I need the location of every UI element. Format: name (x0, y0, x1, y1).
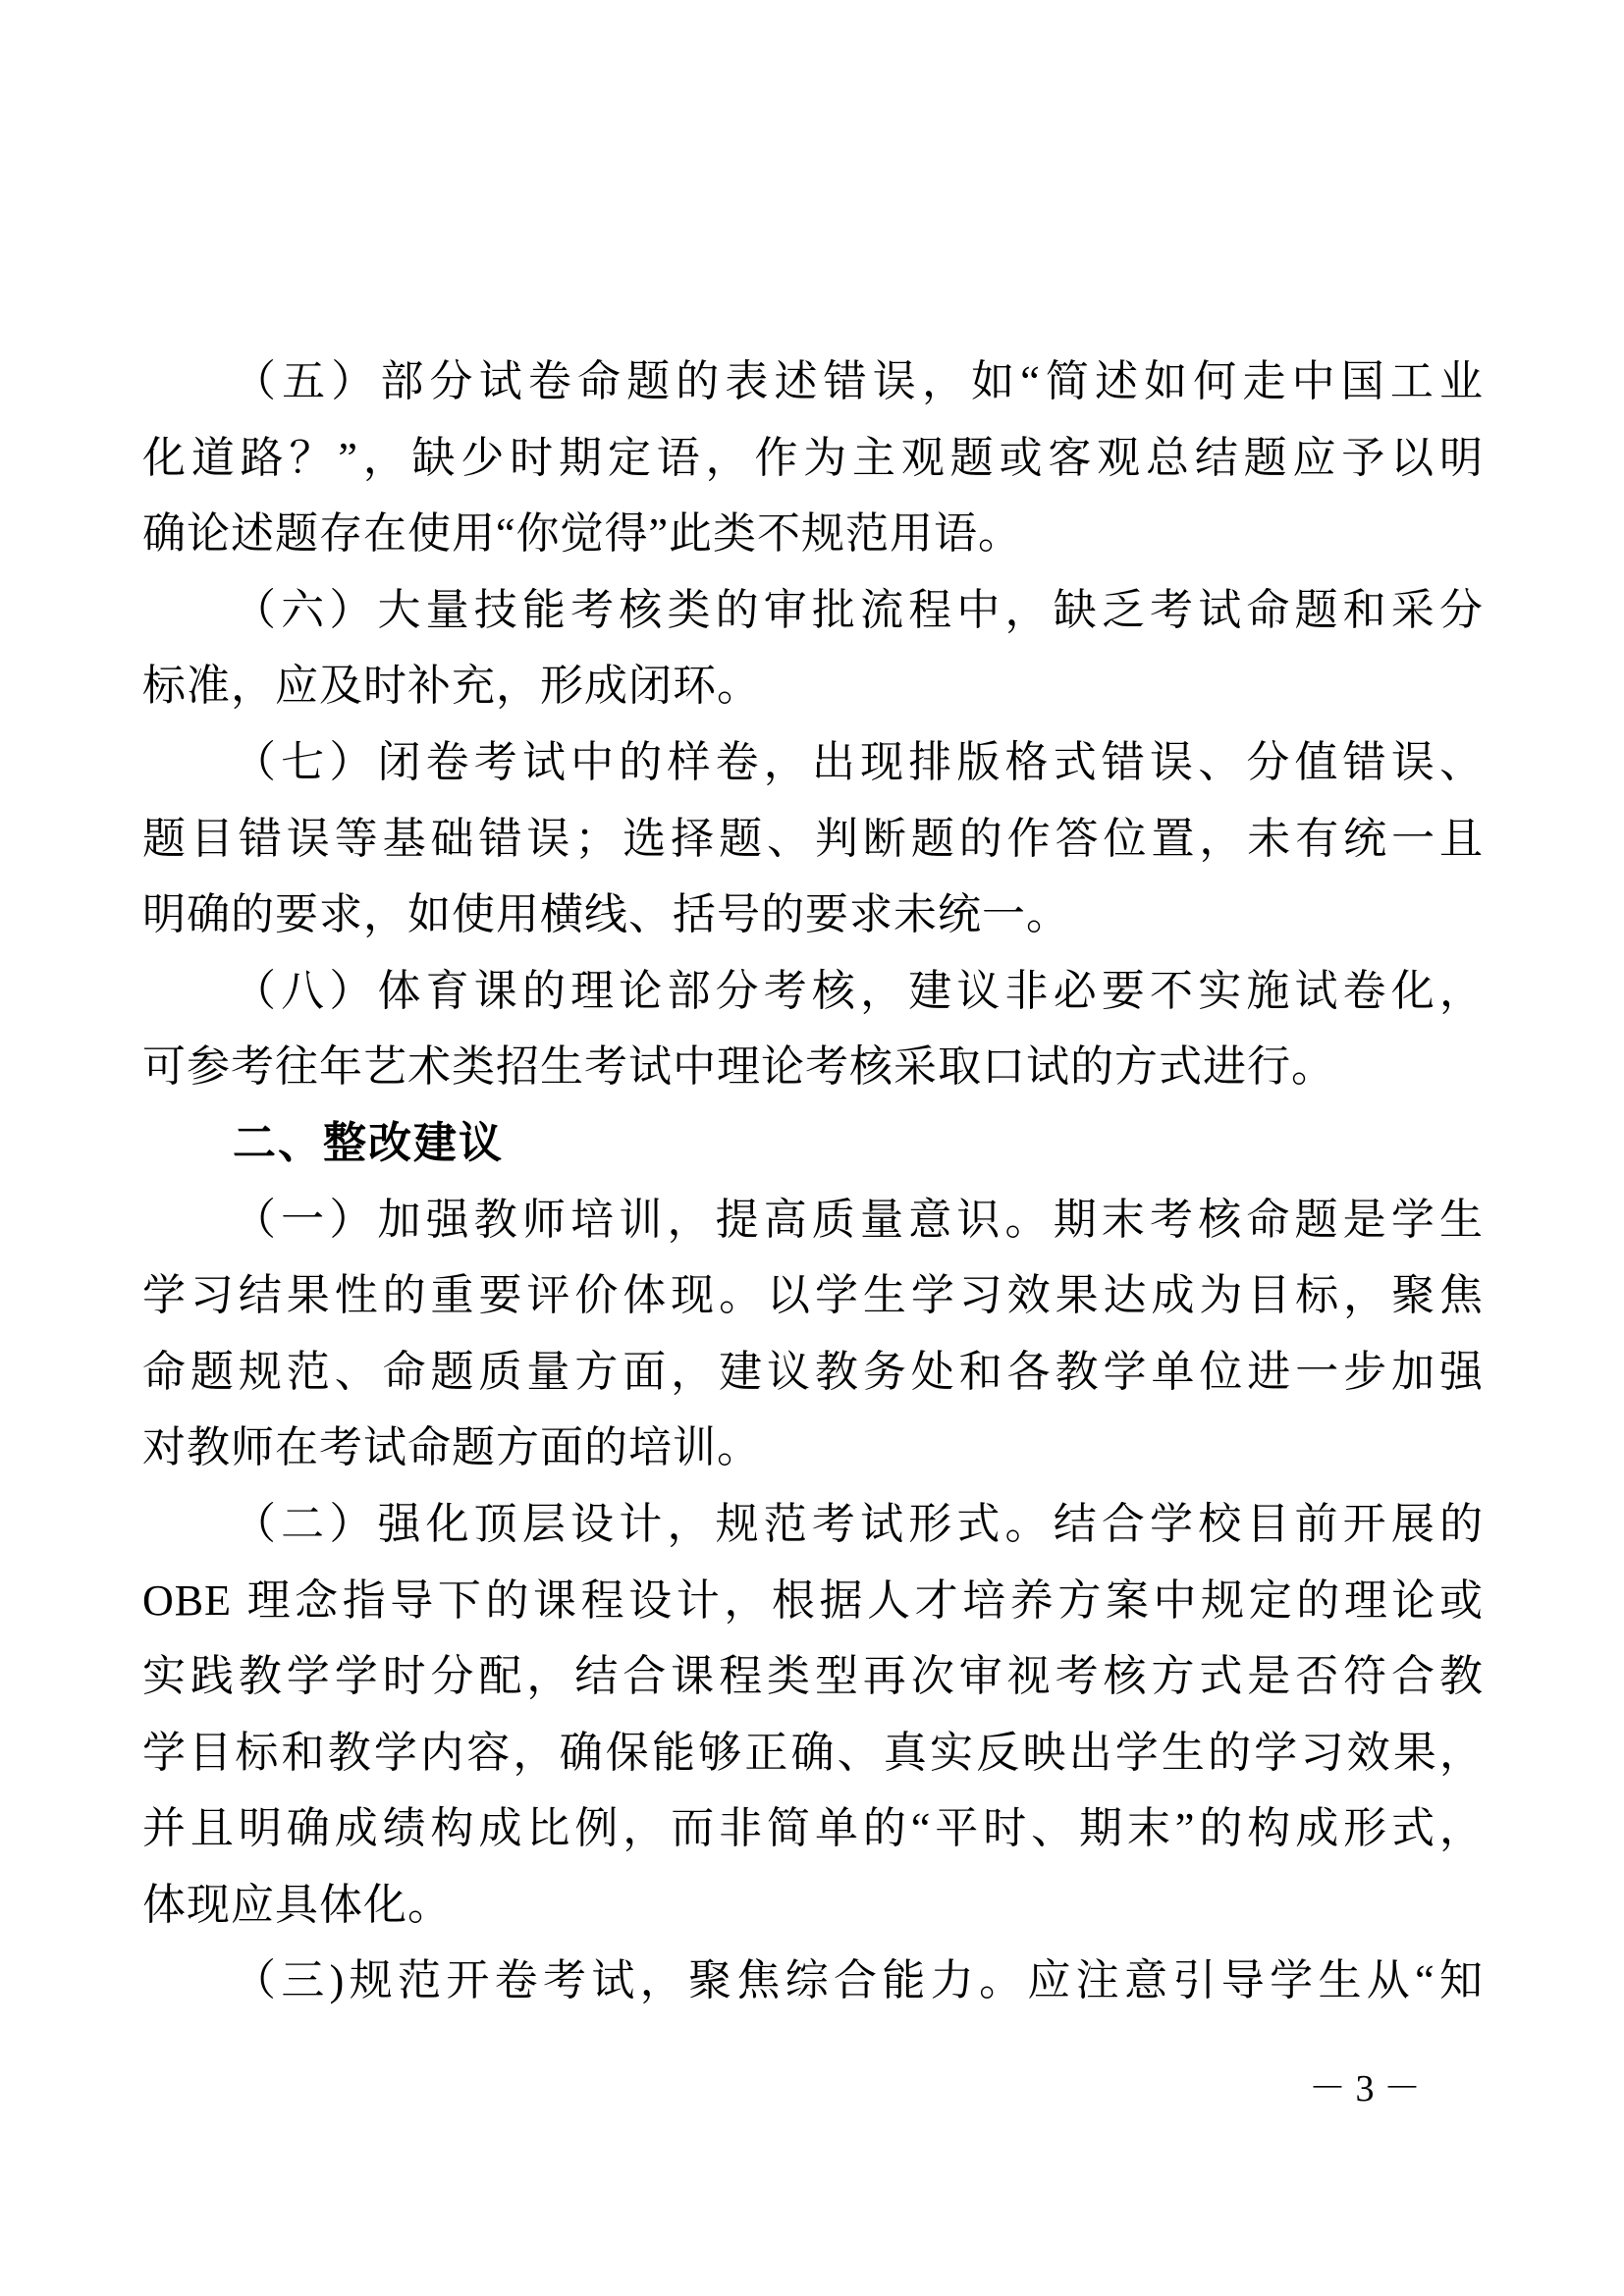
doc-line: （七）闭卷考试中的样卷，出现排版格式错误、分值错误、 (142, 724, 1484, 801)
doc-line: （一）加强教师培训，提高质量意识。期末考核命题是学生 (142, 1182, 1484, 1258)
doc-line: （六）大量技能考核类的审批流程中，缺乏考试命题和采分 (142, 572, 1484, 649)
doc-line: 实践教学学时分配，结合课程类型再次审视考核方式是否符合教 (142, 1638, 1484, 1715)
doc-line: 标准，应及时补充，形成闭环。 (142, 648, 1484, 724)
doc-line: 对教师在考试命题方面的培训。 (142, 1410, 1484, 1486)
doc-line: 体现应具体化。 (142, 1867, 1484, 1944)
section-heading: 二、整改建议 (142, 1105, 1484, 1182)
doc-line: 可参考往年艺术类招生考试中理论考核采取口试的方式进行。 (142, 1029, 1484, 1105)
doc-line: 学习结果性的重要评价体现。以学生学习效果达成为目标，聚焦 (142, 1257, 1484, 1334)
document-body: （五）部分试卷命题的表述错误，如“简述如何走中国工业 化道路？”，缺少时期定语，… (142, 344, 1484, 2019)
doc-line: （八）体育课的理论部分考核，建议非必要不实施试卷化， (142, 953, 1484, 1030)
doc-line: 命题规范、命题质量方面，建议教务处和各教学单位进一步加强 (142, 1334, 1484, 1411)
doc-line: （五）部分试卷命题的表述错误，如“简述如何走中国工业 (142, 344, 1484, 420)
doc-line: OBE 理念指导下的课程设计，根据人才培养方案中规定的理论或 (142, 1563, 1484, 1639)
doc-line: 学目标和教学内容，确保能够正确、真实反映出学生的学习效果， (142, 1715, 1484, 1791)
doc-line: （三)规范开卷考试，聚焦综合能力。应注意引导学生从“知 (142, 1943, 1484, 2019)
doc-line: 题目错误等基础错误；选择题、判断题的作答位置，未有统一且 (142, 801, 1484, 878)
page-number: － 3 － (1267, 2064, 1463, 2113)
doc-line: 明确的要求，如使用横线、括号的要求未统一。 (142, 877, 1484, 953)
doc-line: （二）强化顶层设计，规范考试形式。结合学校目前开展的 (142, 1486, 1484, 1563)
document-page: （五）部分试卷命题的表述错误，如“简述如何走中国工业 化道路？”，缺少时期定语，… (0, 0, 1624, 2296)
doc-line: 化道路？”，缺少时期定语，作为主观题或客观总结题应予以明 (142, 420, 1484, 497)
doc-line: 确论述题存在使用“你觉得”此类不规范用语。 (142, 496, 1484, 572)
doc-line: 并且明确成绩构成比例，而非简单的“平时、期末”的构成形式， (142, 1790, 1484, 1867)
